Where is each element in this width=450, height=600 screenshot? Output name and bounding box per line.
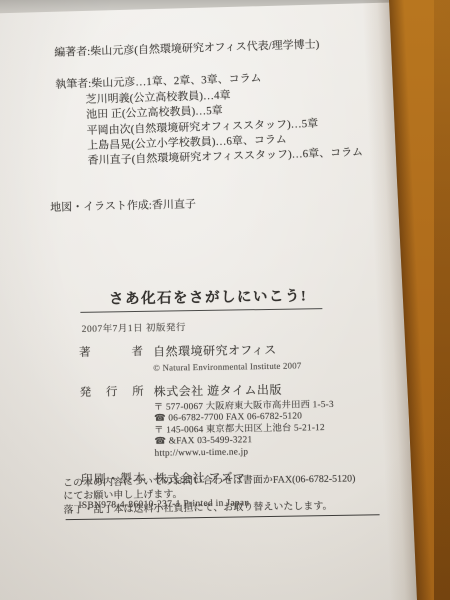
author-row: 著者 自然環境研究オフィス © Natural Environmental In… [79, 340, 342, 374]
colophon-rows: 著者 自然環境研究オフィス © Natural Environmental In… [79, 340, 344, 488]
publisher-row: 発行所 株式会社 遊タイム出版 〒 577-0067 大阪府東大阪市高井田西 1… [80, 380, 344, 461]
copyright-line: © Natural Environmental Institute 2007 [153, 360, 301, 372]
cover-right-shadow [434, 0, 450, 600]
title-underline [80, 308, 322, 313]
publisher-contact: 〒 577-0067 大阪府東大阪市高井田西 1-5-3 ☎ 06-6782-7… [154, 400, 335, 460]
editor-line: 編著者:柴山元彦(自然環境研究オフィス代表/理学博士) [54, 36, 384, 62]
edition-date: 2007年7月1日 初版発行 [82, 317, 342, 335]
inquiry-notice: この本の内容についてのお問い合わせは書面かFAX(06-6782-5120) に… [63, 472, 399, 517]
authors-label: 執筆者: [55, 78, 91, 91]
author-cell: 自然環境研究オフィス © Natural Environmental Insti… [153, 340, 302, 372]
map-illustration-credit: 地図・イラスト作成:香川直子 [50, 195, 196, 215]
page-stack-edge [0, 0, 392, 14]
author-value: 自然環境研究オフィス [153, 343, 277, 359]
publisher-cell: 株式会社 遊タイム出版 〒 577-0067 大阪府東大阪市高井田西 1-5-3… [153, 380, 334, 460]
publisher-value: 株式会社 遊タイム出版 [154, 383, 282, 399]
book-colophon-photo: 編著者:柴山元彦(自然環境研究オフィス代表/理学博士) 執筆者:柴山元彦…1章、… [0, 0, 450, 600]
author-entry: 柴山元彦…1章、2章、3章、コラム [91, 73, 262, 90]
authors-list: 執筆者:柴山元彦…1章、2章、3章、コラム 芝川明義(公立高校教員)…4章 池田… [55, 68, 388, 171]
author-label: 著者 [79, 343, 143, 374]
book-title: さあ化石をさがしにいこう! [75, 284, 341, 309]
publisher-label: 発行所 [80, 383, 145, 461]
credits-block: 編著者:柴山元彦(自然環境研究オフィス代表/理学博士) 執筆者:柴山元彦…1章、… [54, 36, 388, 171]
publisher-url: http://www.u-time.ne.jp [155, 446, 335, 460]
